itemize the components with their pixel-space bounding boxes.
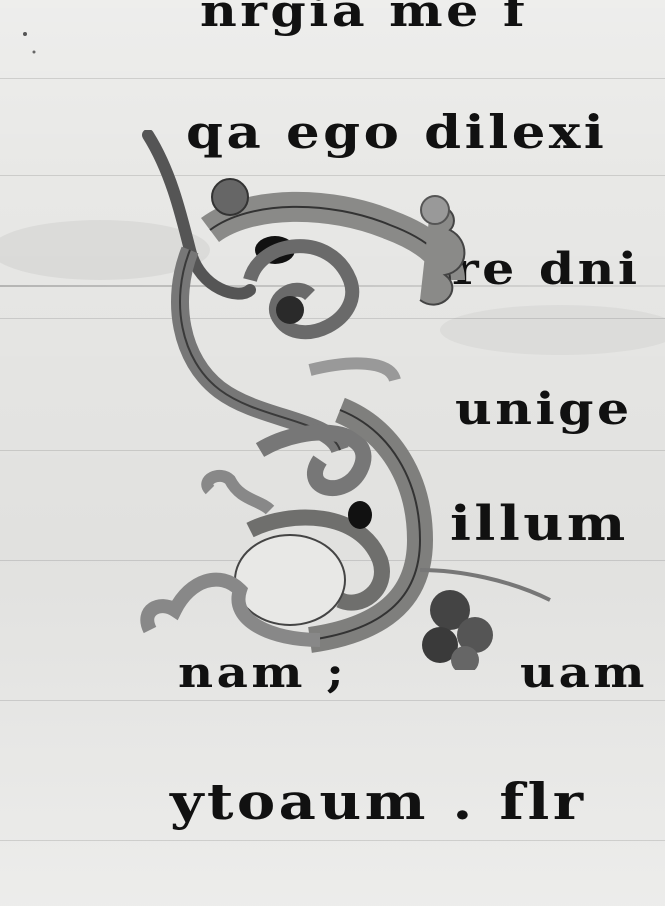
- text-line-7: ytoaum . flr: [170, 772, 587, 831]
- decorated-initial: [130, 130, 570, 670]
- text-line-1: nrgia me f: [200, 0, 528, 37]
- ruling-line: [0, 700, 665, 701]
- ruling-line: [0, 840, 665, 841]
- manuscript-page: nrgia me f qa ego dilexi re dni unige il…: [0, 0, 665, 906]
- ruling-line: [0, 78, 665, 79]
